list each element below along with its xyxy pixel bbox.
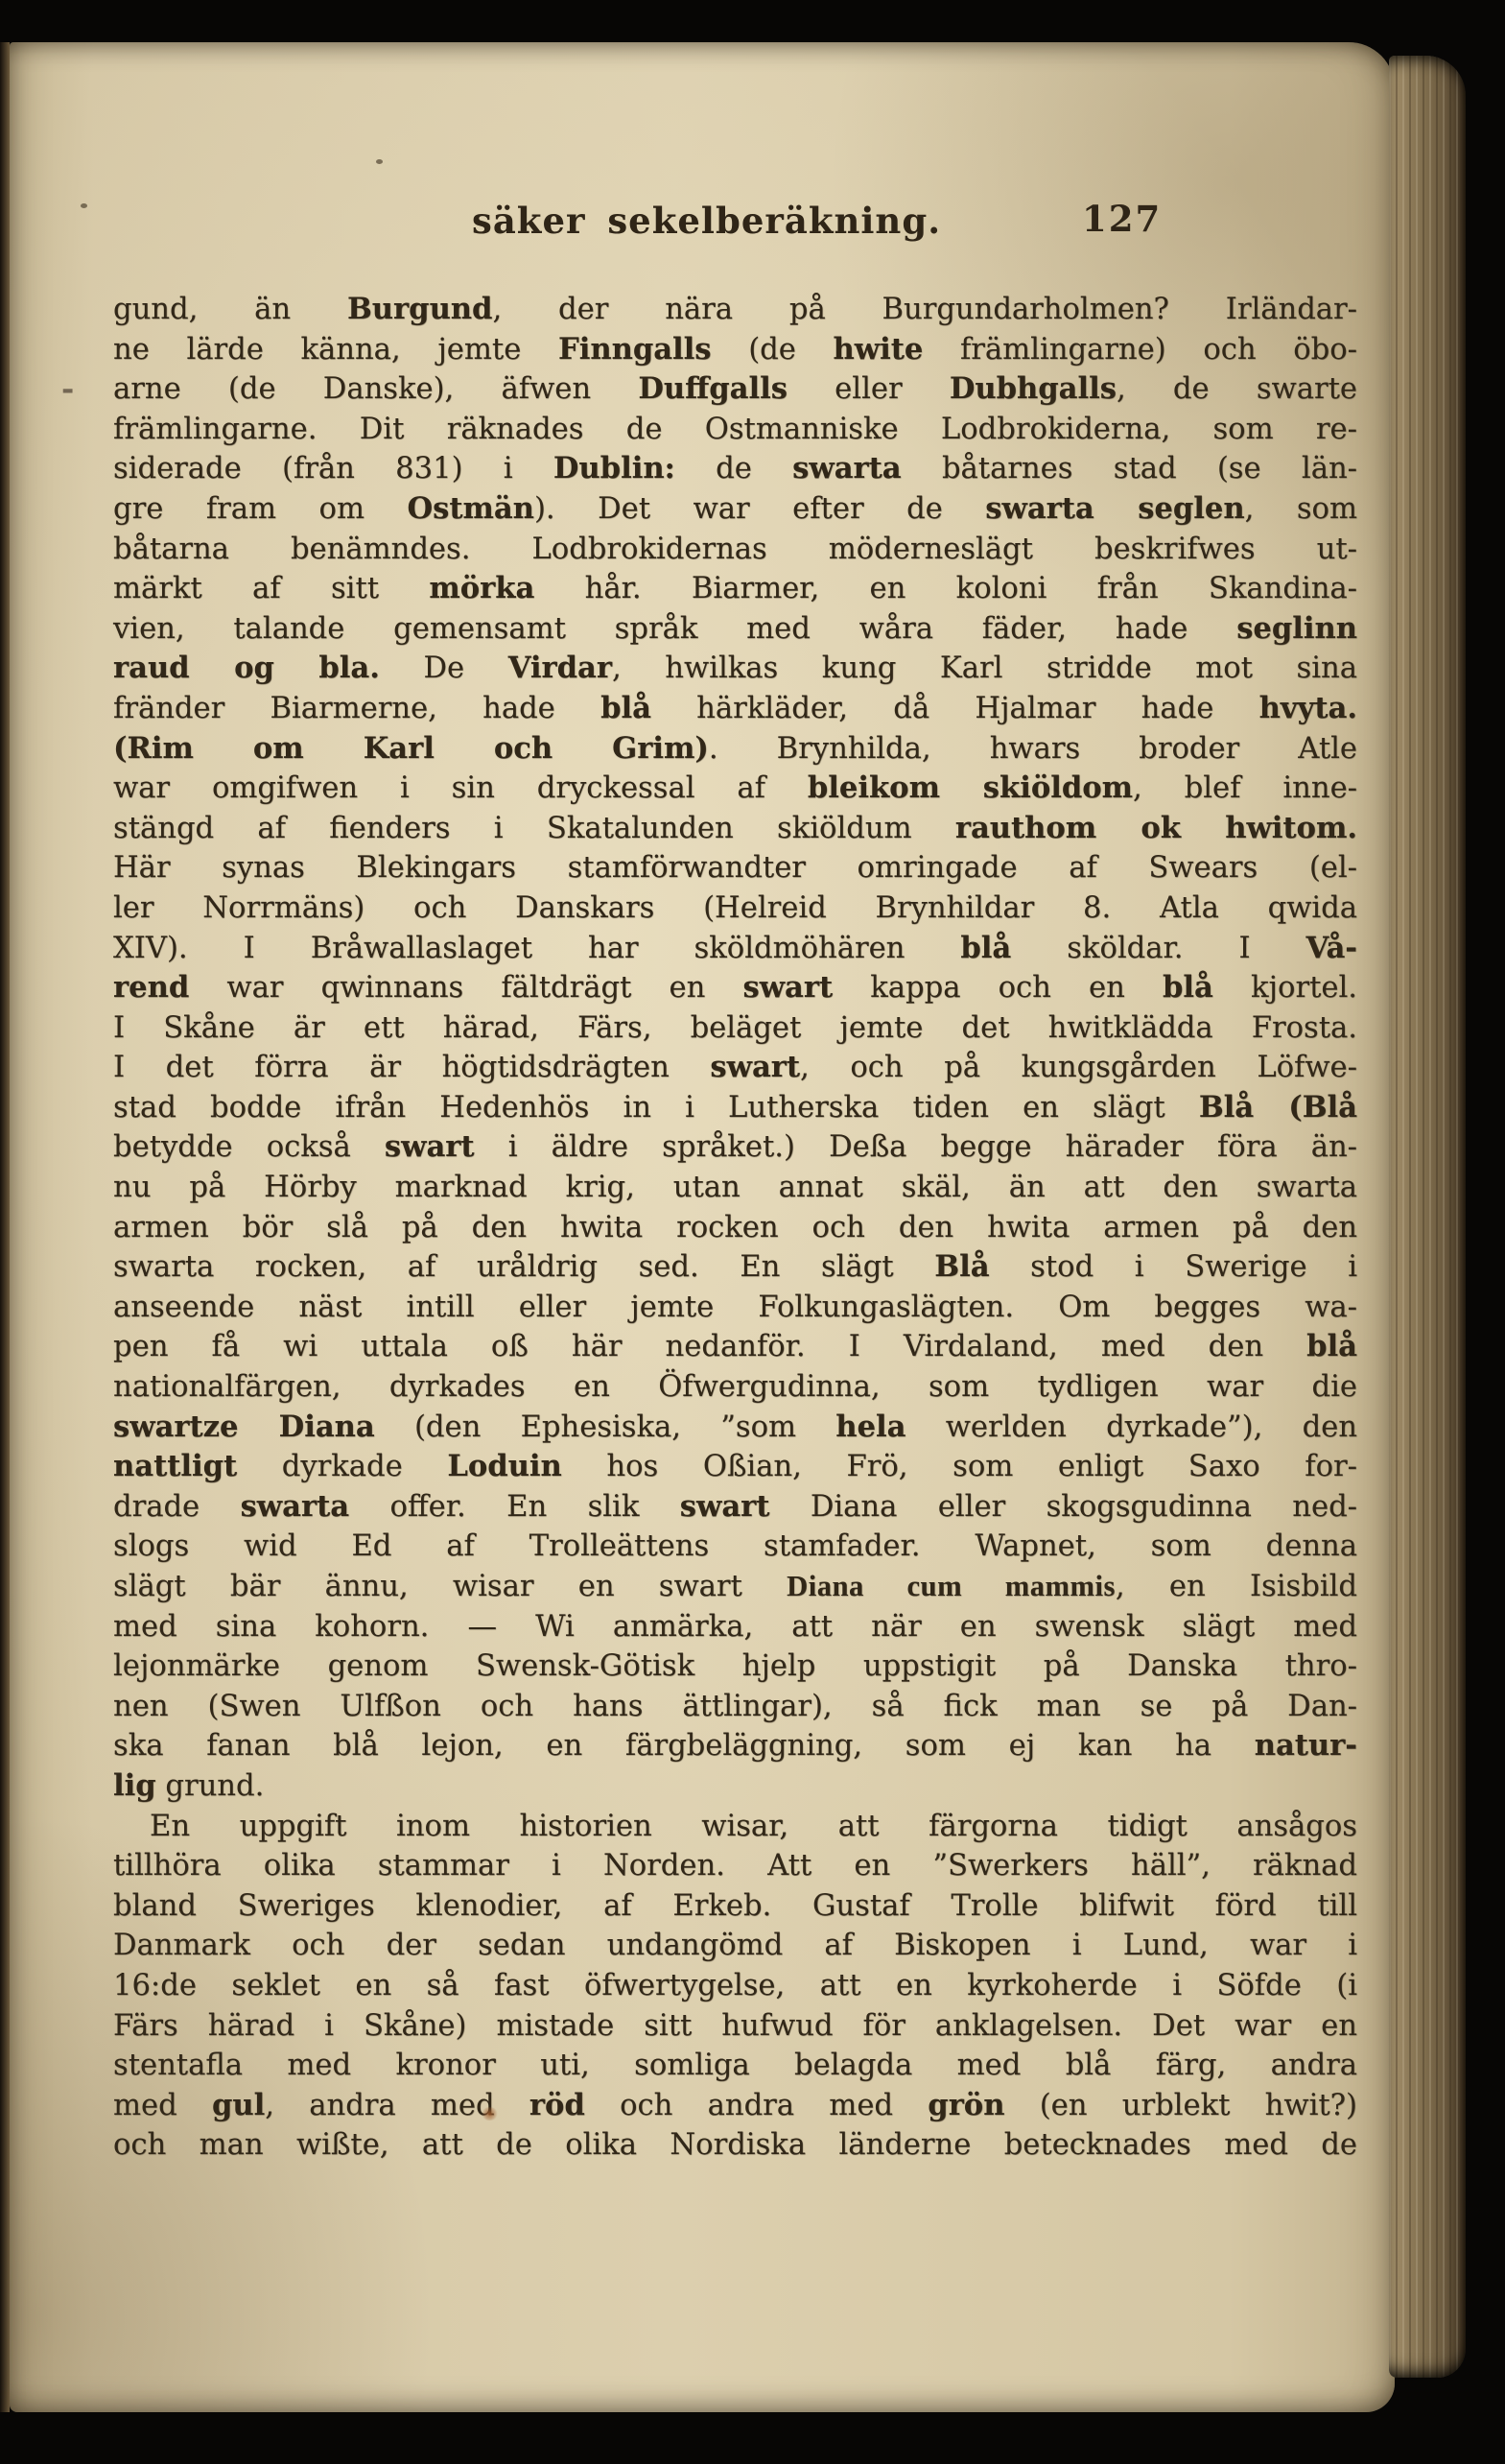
- paper-speck: [81, 203, 87, 208]
- text-line: Färs härad i Skåne) mistade sitt hufwud …: [113, 2006, 1357, 2047]
- text-line: nu på Hörby marknad krig, utan annat skä…: [113, 1168, 1357, 1208]
- text-line: Här synas Blekingars stamförwandter omri…: [113, 848, 1357, 888]
- text-line: I Skåne är ett härad, Färs, beläget jemt…: [113, 1008, 1357, 1049]
- text-line: drade swarta offer. En slik swart Diana …: [113, 1487, 1357, 1528]
- text-line: tillhöra olika stammar i Norden. Att en …: [113, 1846, 1357, 1886]
- text-line: raud og bla. De Virdar, hwilkas kung Kar…: [113, 649, 1357, 689]
- text-line: arne (de Danske), äfwen Duffgalls eller …: [113, 369, 1357, 410]
- text-line: med gul, andra med röd och andra med grö…: [113, 2086, 1357, 2126]
- text-line: lig grund.: [113, 1766, 1357, 1807]
- margin-pencil-mark: -: [61, 370, 74, 407]
- text-line: Danmark och der sedan undangömd af Bisko…: [113, 1926, 1357, 1966]
- running-head-title: säker sekelberäkning.: [472, 200, 941, 242]
- text-line: ska fanan blå lejon, en färgbeläggning, …: [113, 1726, 1357, 1766]
- text-line: märkt af sitt mörka hår. Biarmer, en kol…: [113, 569, 1357, 609]
- text-line: betydde också swart i äldre språket.) De…: [113, 1127, 1357, 1168]
- text-line: båtarna benämndes. Lodbrokidernas mödern…: [113, 530, 1357, 570]
- text-line: En uppgift inom historien wisar, att fär…: [113, 1807, 1357, 1847]
- text-line: pen få wi uttala oß här nedanför. I Vird…: [113, 1327, 1357, 1367]
- text-line: fränder Biarmerne, hade blå härkläder, d…: [113, 689, 1357, 729]
- text-line: anseende näst intill eller jemte Folkung…: [113, 1288, 1357, 1328]
- text-line: war omgifwen i sin dryckessal af bleikom…: [113, 769, 1357, 809]
- text-line: swartze Diana (den Ephesiska, ”som hela …: [113, 1408, 1357, 1448]
- text-line: gund, än Burgund, der nära på Burgundarh…: [113, 290, 1357, 330]
- text-line: slogs wid Ed af Trolleättens stamfader. …: [113, 1527, 1357, 1567]
- text-line: swarta rocken, af uråldrig sed. En slägt…: [113, 1247, 1357, 1288]
- stain-mark: [482, 2107, 498, 2120]
- text-line: I det förra är högtidsdrägten swart, och…: [113, 1048, 1357, 1088]
- book-spine-edge: [0, 42, 10, 2412]
- page-number: 127: [1082, 198, 1162, 240]
- text-line: vien, talande gemensamt språk med wåra f…: [113, 609, 1357, 650]
- text-line: med sina kohorn. — Wi anmärka, att när e…: [113, 1607, 1357, 1647]
- text-line: stentafla med kronor uti, somliga belagd…: [113, 2046, 1357, 2086]
- text-line: ne lärde känna, jemte Finngalls (de hwit…: [113, 330, 1357, 370]
- text-line: XIV). I Bråwallaslaget har sköldmöhären …: [113, 929, 1357, 969]
- text-line: slägt bär ännu, wisar en swart Diana cum…: [113, 1567, 1357, 1607]
- text-line: nationalfärgen, dyrkades en Öfwergudinna…: [113, 1367, 1357, 1408]
- book-fore-edge-pages: [1389, 56, 1466, 2378]
- text-line: främlingarne. Dit räknades de Ostmannisk…: [113, 410, 1357, 450]
- text-line: rend war qwinnans fältdrägt en swart kap…: [113, 968, 1357, 1008]
- text-line: (Rim om Karl och Grim). Brynhilda, hwars…: [113, 729, 1357, 770]
- text-line: och man wißte, att de olika Nordiska län…: [113, 2125, 1357, 2166]
- text-line: stad bodde ifrån Hedenhös in i Lutherska…: [113, 1088, 1357, 1128]
- text-line: siderade (från 831) i Dublin: de swarta …: [113, 449, 1357, 489]
- paper-speck: [376, 159, 383, 164]
- text-line: bland Sweriges klenodier, af Erkeb. Gust…: [113, 1886, 1357, 1927]
- text-line: 16:de seklet en så fast öfwertygelse, at…: [113, 1966, 1357, 2006]
- text-line: lejonmärke genom Swensk-Götisk hjelp upp…: [113, 1647, 1357, 1687]
- text-line: armen bör slå på den hwita rocken och de…: [113, 1208, 1357, 1248]
- text-line: nattligt dyrkade Loduin hos Oßian, Frö, …: [113, 1447, 1357, 1487]
- text-line: nen (Swen Ulfßon och hans ättlingar), så…: [113, 1687, 1357, 1727]
- text-line: ler Norrmäns) och Danskars (Helreid Bryn…: [113, 888, 1357, 929]
- text-line: stängd af fienders i Skatalunden skiöldu…: [113, 809, 1357, 849]
- text-line: gre fram om Ostmän). Det war efter de sw…: [113, 489, 1357, 530]
- text-block: gund, än Burgund, der nära på Burgundarh…: [113, 290, 1357, 2166]
